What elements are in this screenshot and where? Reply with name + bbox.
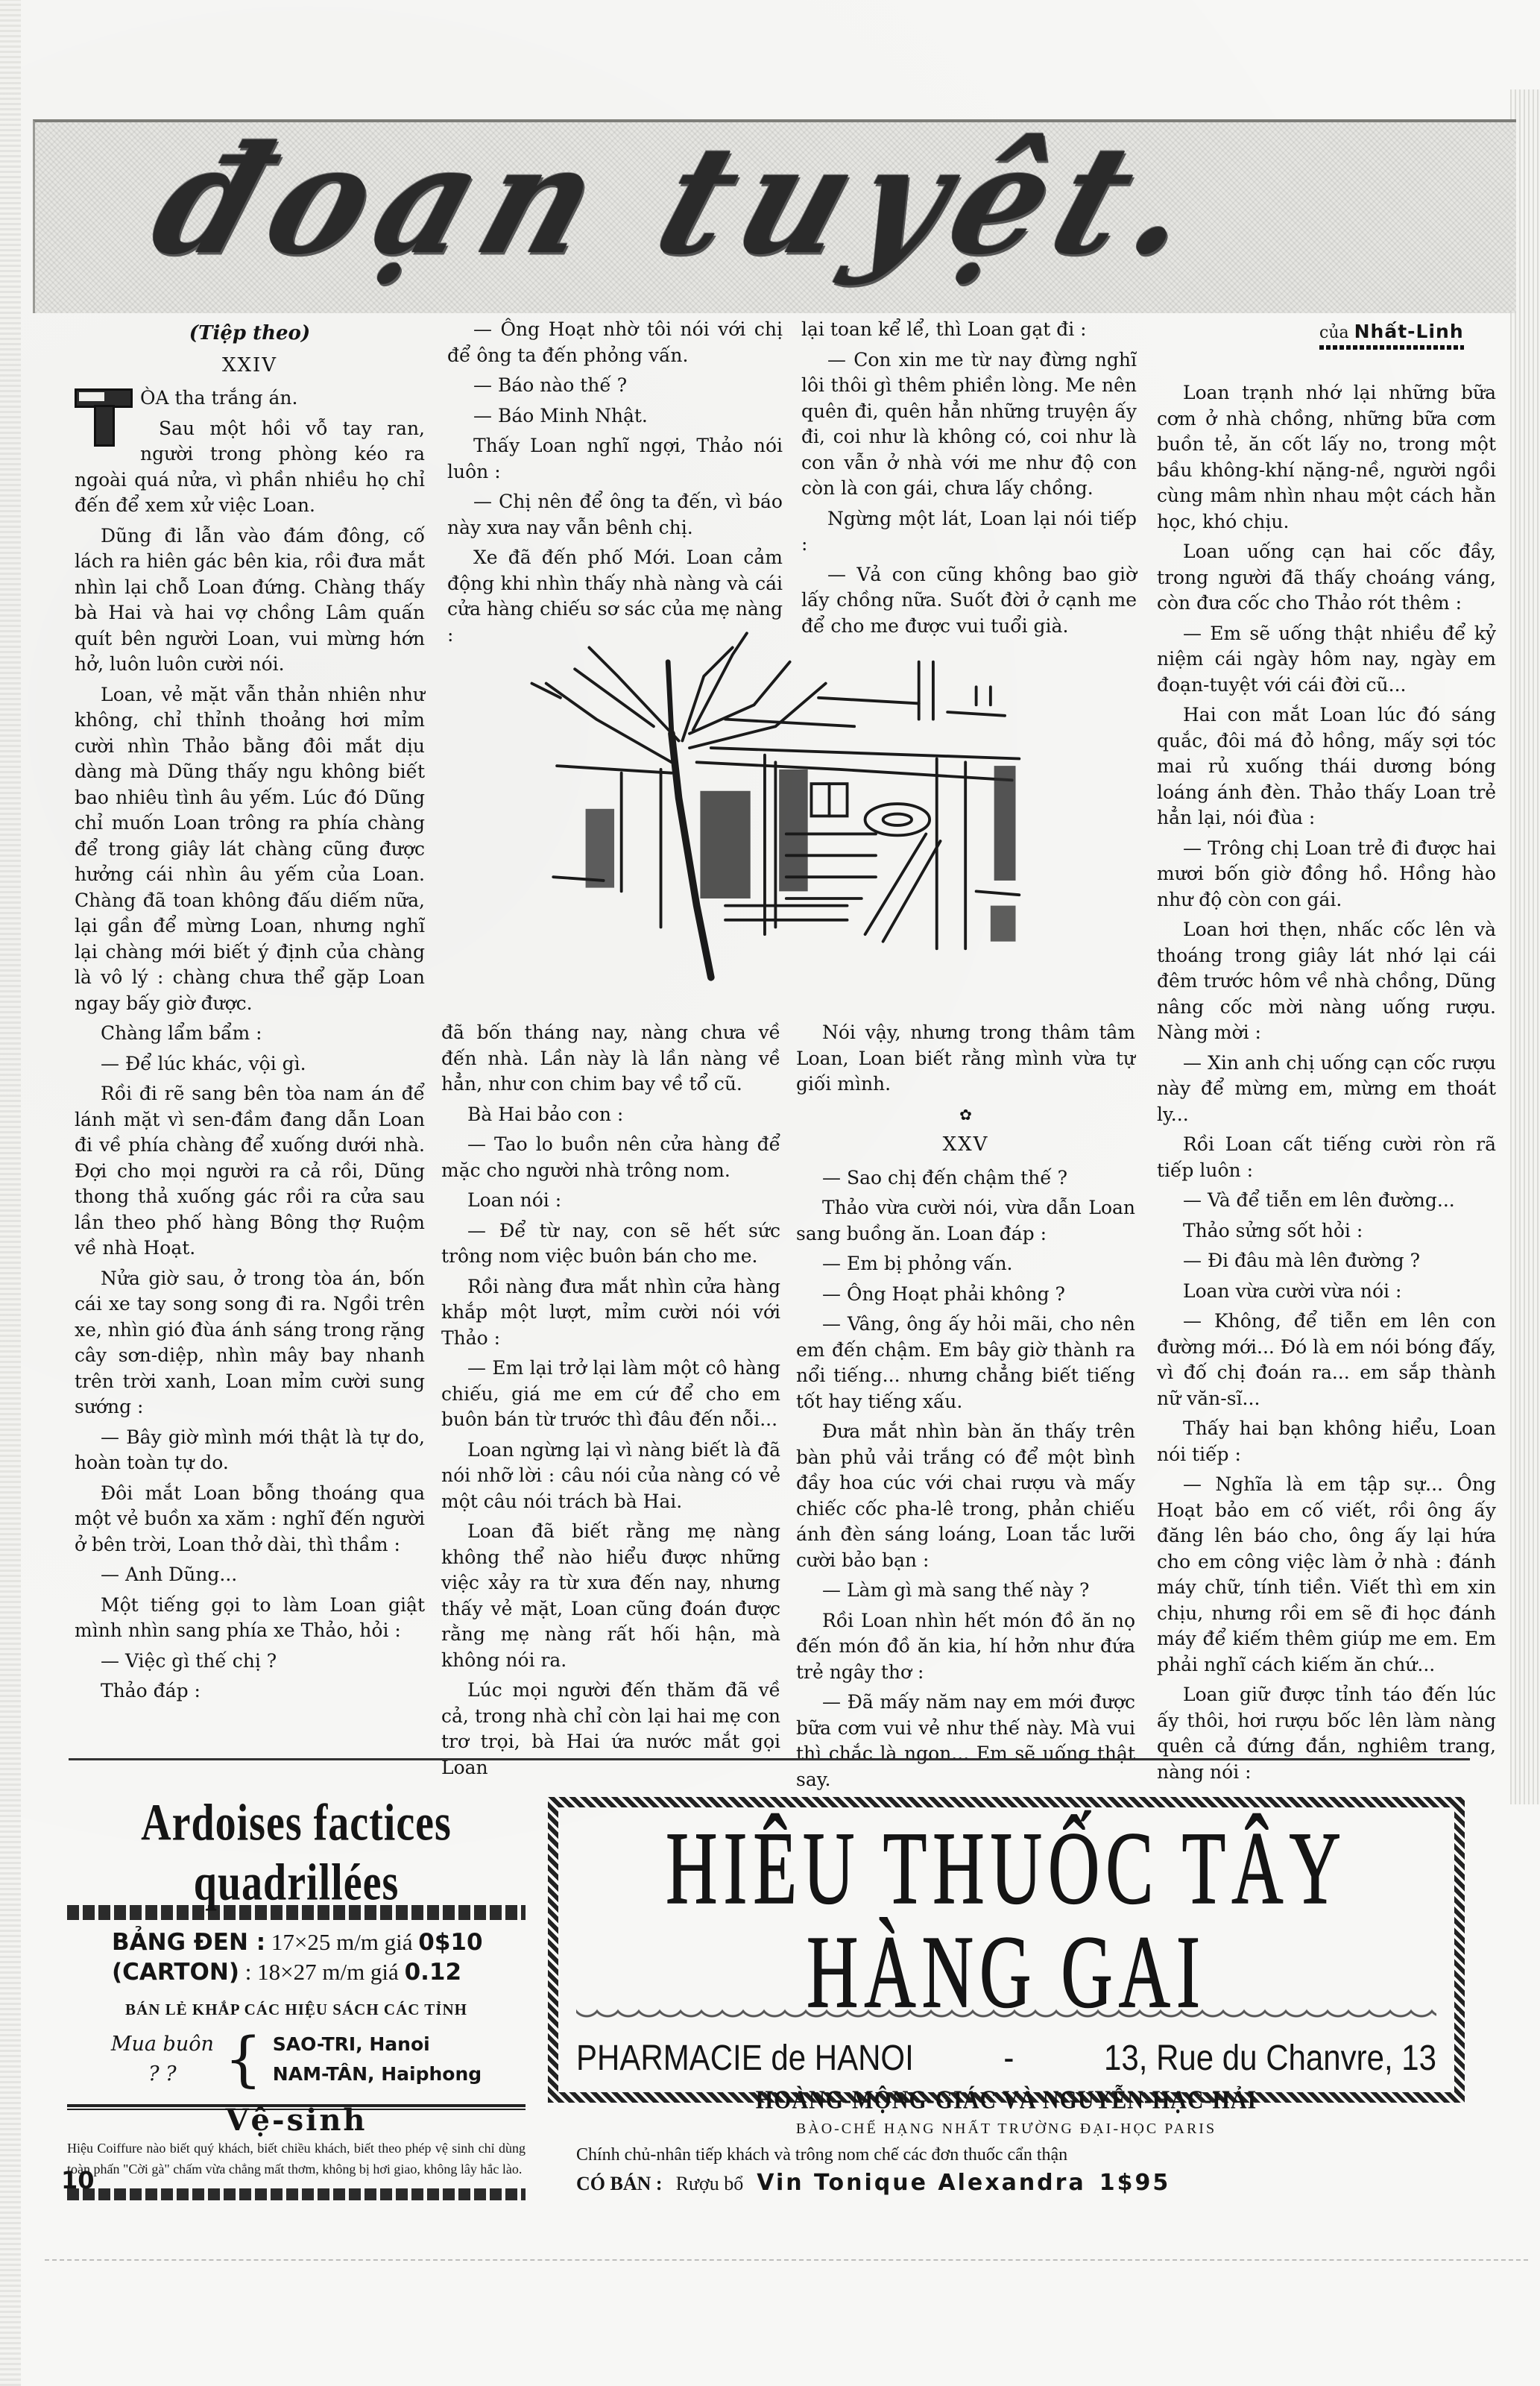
section-separator-icon: ✿ [796,1102,1135,1128]
dropcap-t-icon [75,388,133,447]
ad-slates: Ardoises factices quadrillées BẢNG ĐEN :… [67,1786,526,2084]
opening-paragraph: ÒA tha trắng án. Sau một hồi vỗ tay ran,… [75,385,425,519]
paragraph: Loan uống cạn hai cốc đầy, trong người đ… [1157,539,1496,617]
dialogue-line: — Không, để tiễn em lên con đường mới...… [1157,1309,1496,1411]
sketch-illustration [514,619,1051,992]
dialogue-line: — Xin anh chị uống cạn cốc rượu này để m… [1157,1051,1496,1128]
price-size: 17×25 m/m giá [271,1929,413,1955]
column-3-top: lại toan kể lể, thì Loan gạt đi : — Con … [801,317,1137,643]
dialogue-line: — Trông chị Loan trẻ đi được hai mươi bố… [1157,836,1496,913]
paragraph: Rồi Loan cất tiếng cười ròn rã tiếp luôn… [1157,1132,1496,1183]
dialogue-line: — Tao lo buồn nên cửa hàng để mặc cho ng… [441,1132,780,1183]
newspaper-page: đoạn tuyệt. của Nhất-Linh (Tiệp theo) XX… [0,0,1540,2386]
dialogue-line: — Ông Hoạt nhờ tôi nói với chị để ông ta… [447,317,783,368]
ad-slates-title: Ardoises factices quadrillées [67,1793,526,1913]
dealer-2: NAM-TÂN, Haiphong [273,2059,482,2089]
dialogue-line: — Con xin me từ nay đừng nghĩ lôi thôi g… [801,347,1137,502]
dealer-list: SAO-TRI, Hanoi NAM-TÂN, Haiphong [273,2030,482,2089]
scan-bottom-line [45,2259,1528,2262]
column-4: Loan trạnh nhớ lại những bữa cơm ở nhà c… [1157,380,1496,1789]
dialogue-line: — Nghĩa là em tập sự... Ông Hoạt bảo em … [1157,1472,1496,1678]
column-2-top: — Ông Hoạt nhờ tôi nói với chị để ông ta… [447,317,783,652]
dialogue-line: — Sao chị đến chậm thế ? [796,1165,1135,1192]
paragraph: Dũng đi lẫn vào đám đông, cố lách ra hiê… [75,523,425,678]
ad-hygiene-title: Vệ-sinh [67,2103,526,2138]
paragraph: Loan giữ được tỉnh táo đến lúc ấy thôi, … [1157,1682,1496,1785]
pharmacy-product-line: CÓ BÁN : Rượu bổ Vin Tonique Alexandra 1… [576,2170,1436,2196]
paragraph: Loan vừa cười vừa nói : [1157,1279,1496,1305]
continued-label: (Tiệp theo) [75,321,425,347]
retail-note: BÁN LẺ KHẮP CÁC HIỆU SÁCH CÁC TỈNH [67,2001,526,2019]
product-name: Vin Tonique Alexandra [757,2170,1085,2196]
byline-author: Nhất-Linh [1354,321,1464,342]
column-3-bottom: Nói vậy, nhưng trong thâm tâm Loan, Loan… [796,1020,1135,1797]
paragraph: Loan ngừng lại vì nàng biết là đã nói nh… [441,1438,780,1515]
dialogue-line: — Em lại trở lại làm một cô hàng chiếu, … [441,1356,780,1433]
dialogue-line: — Và để tiễn em lên đường... [1157,1188,1496,1214]
masthead-banner: đoạn tuyệt. [33,119,1516,313]
pharmacy-name-line: PHARMACIE de HANOI - 13, Rue du Chanvre,… [576,2037,1436,2078]
page-number: 10 [61,2166,95,2194]
paragraph: Loan đã biết rằng mẹ nàng không thể nào … [441,1519,780,1673]
paragraph: Đưa mắt nhìn bàn ăn thấy trên bàn phủ vả… [796,1419,1135,1573]
ad-pharmacy: HIÊU THUỐC TÂY HÀNG GAI PHARMACIE de HAN… [548,1797,1465,2103]
paragraph: Ngừng một lát, Loan lại nói tiếp : [801,506,1137,558]
paragraph: Thấy Loan nghĩ ngợi, Thảo nói luôn : [447,433,783,485]
column-1: (Tiệp theo) XXIV ÒA tha trắng án. Sau mộ… [75,321,425,1709]
dialogue-line: — Báo Minh Nhật. [447,403,783,429]
scan-right-edge [1510,89,1540,1804]
ads-divider [69,1758,1470,1763]
paragraph: Chàng lẩm bẩm : [75,1021,425,1047]
dialogue-line: — Em sẽ uống thật nhiều để kỷ niệm cái n… [1157,621,1496,699]
masthead-title: đoạn tuyệt. [138,126,1227,275]
dialogue-line: — Đã mấy năm nay em mới được bữa cơm vui… [796,1690,1135,1792]
sale-label: CÓ BÁN : [576,2173,663,2195]
ad-pharmacy-title: HIÊU THUỐC TÂY HÀNG GAI [576,1816,1436,2024]
pharmacy-address: 13, Rue du Chanvre, 13 [1104,2037,1436,2078]
wholesale-label-block: Mua buôn ? ? [111,2030,214,2089]
paragraph: Nói vậy, nhưng trong thâm tâm Loan, Loan… [796,1020,1135,1098]
column-2-bottom: đã bốn tháng nay, nàng chưa về đến nhà. … [441,1020,780,1785]
chapter-heading: XXIV [75,353,425,379]
dialogue-line: — Anh Dũng... [75,1562,425,1588]
paragraph: Rồi Loan nhìn hết món đồ ăn nọ đến món đ… [796,1608,1135,1686]
paragraph: Bà Hai bảo con : [441,1102,780,1128]
paragraph: đã bốn tháng nay, nàng chưa về đến nhà. … [441,1020,780,1098]
price-line-2: (CARTON) : 18×27 m/m giá 0.12 [67,1957,526,1987]
byline-prefix: của [1319,324,1349,342]
byline-underline [1319,345,1464,350]
price-value: 0.12 [405,1959,462,1986]
pharmacy-owners: HOÀNG-MỘNG-GIÁC VÀ NGUYỄN-HẠC-HẢI [576,2086,1436,2115]
byline: của Nhất-Linh [1319,321,1464,350]
price-size: : 18×27 m/m giá [245,1959,399,1985]
dialogue-line: — Chị nên để ông ta đến, vì báo này xưa … [447,489,783,541]
dealer-1: SAO-TRI, Hanoi [273,2030,482,2059]
wholesale-qmarks: ? ? [111,2059,214,2089]
ad-hygiene: Vệ-sinh Hiệu Coiffure nào biết quý khách… [67,2103,526,2209]
paragraph: Loan trạnh nhớ lại những bữa cơm ở nhà c… [1157,380,1496,535]
price-value: 0$10 [418,1929,482,1956]
dialogue-line: — Báo nào thế ? [447,373,783,399]
chapter-heading: XXV [796,1132,1135,1158]
paragraph: Đôi mắt Loan bỗng thoáng qua một vẻ buồn… [75,1481,425,1558]
dialogue-line: — Làm gì mà sang thế này ? [796,1578,1135,1604]
wholesale-label: Mua buôn [111,2030,214,2059]
dialogue-line: — Để từ nay, con sẽ hết sức trông nom vi… [441,1218,780,1270]
paragraph: Lúc mọi người đến thăm đã về cả, trong n… [441,1678,780,1781]
paragraph: Một tiếng gọi to làm Loan giật mình nhìn… [75,1593,425,1644]
dialogue-line: — Để lúc khác, vội gì. [75,1051,425,1077]
paragraph: lại toan kể lể, thì Loan gạt đi : [801,317,1137,343]
paragraph: Thảo đáp : [75,1678,425,1704]
price-line-1: BẢNG ĐEN : 17×25 m/m giá 0$10 [67,1927,526,1957]
dialogue-line: — Đi đâu mà lên đường ? [1157,1248,1496,1274]
pharmacy-name-fr: PHARMACIE de HANOI [576,2037,914,2078]
paragraph: Thảo sửng sốt hỏi : [1157,1218,1496,1244]
scan-left-edge [0,0,21,2386]
paragraph: Loan, vẻ mặt vẫn thản nhiên như không, c… [75,682,425,1017]
ornament-row [67,2188,526,2200]
dash: - [1003,2037,1014,2078]
paragraph: Loan hơi thẹn, nhấc cốc lên và thoáng tr… [1157,917,1496,1046]
price-label: BẢNG ĐEN : [112,1929,265,1956]
paragraph: Rồi nàng đưa mắt nhìn cửa hàng khắp một … [441,1274,780,1352]
pharmacy-credentials: BÀO-CHẾ HẠNG NHẤT TRƯỜNG ĐẠI-HỌC PARIS [576,2121,1436,2138]
dialogue-line: — Ông Hoạt phải không ? [796,1282,1135,1308]
paragraph: Hai con mắt Loan lúc đó sáng quắc, đôi m… [1157,702,1496,831]
dialogue-line: — Việc gì thế chị ? [75,1649,425,1675]
pharmacy-service: Chính chủ-nhân tiếp khách và trông nom c… [576,2145,1436,2165]
paragraph: Thấy hai bạn không hiểu, Loan nói tiếp : [1157,1416,1496,1467]
dialogue-line: — Vâng, ông ấy hỏi mãi, cho nên em đến c… [796,1312,1135,1414]
paragraph: Loan nói : [441,1188,780,1214]
product-price: 1$95 [1099,2170,1171,2196]
ad-hygiene-body: Hiệu Coiffure nào biết quý khách, biết c… [67,2138,526,2179]
dialogue-line: — Bây giờ mình mới thật là tự do, hoàn t… [75,1425,425,1476]
brace-icon: { [224,2030,262,2089]
sale-item: Rượu bổ [676,2173,744,2195]
paragraph: Nửa giờ sau, ở trong tòa án, bốn cái xe … [75,1266,425,1420]
dialogue-line: — Em bị phỏng vấn. [796,1251,1135,1277]
paragraph: Thảo vừa cười nói, vừa dẫn Loan sang buồ… [796,1195,1135,1247]
wholesale-dealers: Mua buôn ? ? { SAO-TRI, Hanoi NAM-TÂN, H… [67,2030,526,2089]
paragraph: Rồi đi rẽ sang bên tòa nam án để lánh mặ… [75,1081,425,1262]
price-label: (CARTON) [112,1959,239,1986]
